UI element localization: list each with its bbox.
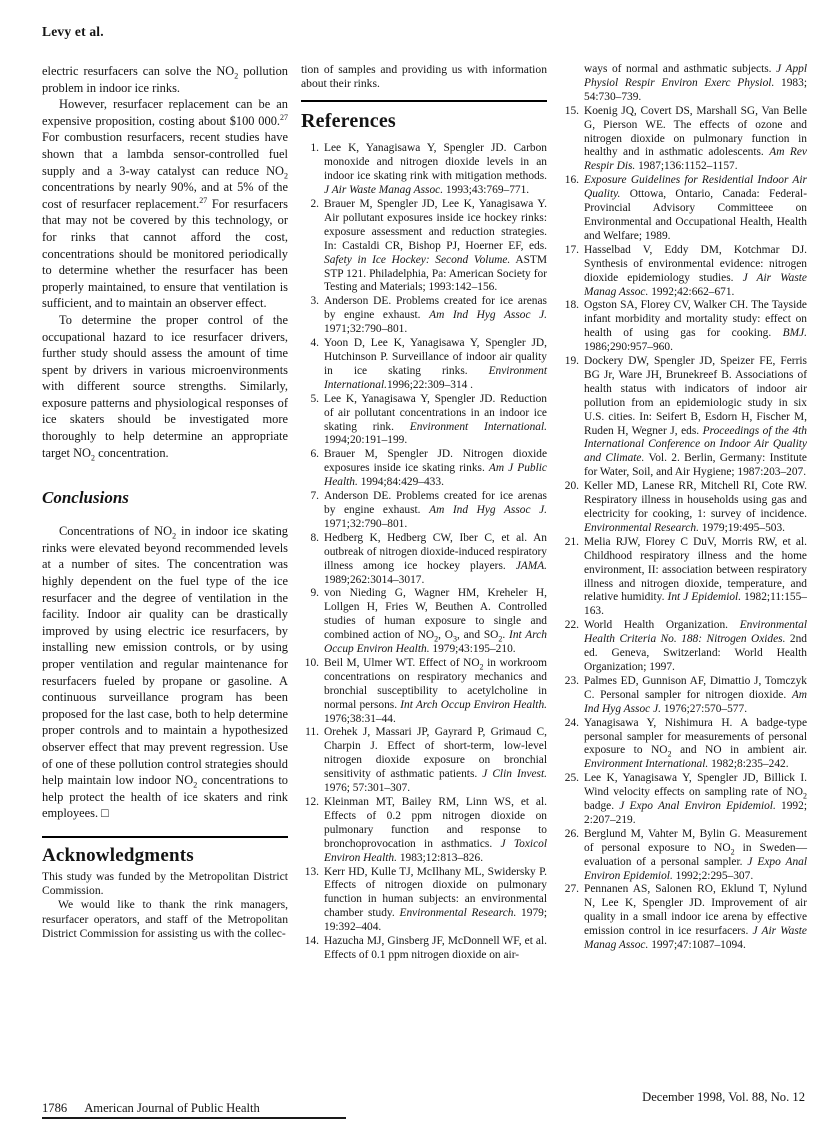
- reference-number: 18.: [561, 299, 584, 355]
- conclusions-heading: Conclusions: [42, 488, 288, 508]
- reference-number: 22.: [561, 619, 584, 675]
- page-number: 1786: [42, 1101, 67, 1115]
- reference-number: 4.: [301, 337, 324, 393]
- reference-item: 9. von Nieding G, Wagner HM, Kreheler H,…: [301, 587, 547, 657]
- reference-text: Yoon D, Lee K, Yanagisawa Y, Spengler JD…: [324, 337, 547, 393]
- reference-text: Lee K, Yanagisawa Y, Spengler JD, Billic…: [584, 772, 807, 828]
- reference-item: 12. Kleinman MT, Bailey RM, Linn WS, et …: [301, 796, 547, 866]
- reference-number: 8.: [301, 532, 324, 588]
- reference-item: 7. Anderson DE. Problems created for ice…: [301, 490, 547, 532]
- reference-item: 3. Anderson DE. Problems created for ice…: [301, 295, 547, 337]
- reference-number: 5.: [301, 393, 324, 449]
- reference-text: Pennanen AS, Salonen RO, Eklund T, Nylun…: [584, 883, 807, 953]
- reference-text: Hasselbad V, Eddy DM, Kotchmar DJ. Synth…: [584, 244, 807, 300]
- reference-text: Melia RJW, Florey C DuV, Morris RW, et a…: [584, 536, 807, 619]
- reference-text: Lee K, Yanagisawa Y, Spengler JD. Reduct…: [324, 393, 547, 449]
- reference-text: Anderson DE. Problems created for ice ar…: [324, 295, 547, 337]
- reference-item: 15. Koenig JQ, Covert DS, Marshall SG, V…: [561, 105, 807, 175]
- reference-item: 20. Keller MD, Lanese RR, Mitchell RI, C…: [561, 480, 807, 536]
- reference-text: Berglund M, Vahter M, Bylin G. Measureme…: [584, 828, 807, 884]
- reference-item: 26. Berglund M, Vahter M, Bylin G. Measu…: [561, 828, 807, 884]
- reference-number: 26.: [561, 828, 584, 884]
- reference-list: 15. Koenig JQ, Covert DS, Marshall SG, V…: [561, 105, 807, 953]
- reference-number: 24.: [561, 717, 584, 773]
- reference-number: 27.: [561, 883, 584, 953]
- reference-item: 4. Yoon D, Lee K, Yanagisawa Y, Spengler…: [301, 337, 547, 393]
- reference-text: Beil M, Ulmer WT. Effect of NO2 in workr…: [324, 657, 547, 727]
- reference-number: 20.: [561, 480, 584, 536]
- reference-text: Hedberg K, Hedberg CW, Iber C, et al. An…: [324, 532, 547, 588]
- reference-text: Lee K, Yanagisawa Y, Spengler JD. Carbon…: [324, 142, 547, 198]
- footer-rule: [42, 1117, 346, 1119]
- body-paragraph: electric resurfacers can solve the NO2 p…: [42, 63, 288, 96]
- reference-text: Exposure Guidelines for Residential Indo…: [584, 174, 807, 244]
- running-head: Levy et al.: [42, 24, 104, 40]
- reference-item: 6. Brauer M, Spengler JD. Nitrogen dioxi…: [301, 448, 547, 490]
- reference-list: 1. Lee K, Yanagisawa Y, Spengler JD. Car…: [301, 142, 547, 962]
- footer-left: 1786American Journal of Public Health: [42, 1101, 260, 1116]
- reference-number: 25.: [561, 772, 584, 828]
- reference-text: Hazucha MJ, Ginsberg JF, McDonnell WF, e…: [324, 935, 547, 963]
- column-1: electric resurfacers can solve the NO2 p…: [42, 63, 288, 941]
- acknowledgments-heading: Acknowledgments: [42, 845, 288, 867]
- reference-text: Yanagisawa Y, Nishimura H. A badge-type …: [584, 717, 807, 773]
- reference-text: World Health Organization. Environmental…: [584, 619, 807, 675]
- body-paragraph: To determine the proper control of the o…: [42, 312, 288, 461]
- reference-number: 6.: [301, 448, 324, 490]
- journal-name: American Journal of Public Health: [84, 1101, 260, 1115]
- reference-number: 3.: [301, 295, 324, 337]
- reference-number: 9.: [301, 587, 324, 657]
- acknowledgments-continuation: tion of samples and providing us with in…: [301, 63, 547, 91]
- column-2: tion of samples and providing us with in…: [301, 63, 547, 963]
- reference-item: 23. Palmes ED, Gunnison AF, Dimattio J, …: [561, 675, 807, 717]
- reference-text: Koenig JQ, Covert DS, Marshall SG, Van B…: [584, 105, 807, 175]
- reference-number: 17.: [561, 244, 584, 300]
- reference-item: 19. Dockery DW, Spengler JD, Speizer FE,…: [561, 355, 807, 480]
- reference-number: 7.: [301, 490, 324, 532]
- reference-item: 17. Hasselbad V, Eddy DM, Kotchmar DJ. S…: [561, 244, 807, 300]
- reference-number: 11.: [301, 726, 324, 796]
- reference-text: Orehek J, Massari JP, Gayrard P, Grimaud…: [324, 726, 547, 796]
- reference-number: 16.: [561, 174, 584, 244]
- acknowledgments-paragraph: This study was funded by the Metropolita…: [42, 870, 288, 898]
- reference-item: 1. Lee K, Yanagisawa Y, Spengler JD. Car…: [301, 142, 547, 198]
- reference-item: 16. Exposure Guidelines for Residential …: [561, 174, 807, 244]
- reference-item: 11. Orehek J, Massari JP, Gayrard P, Gri…: [301, 726, 547, 796]
- reference-item: 10. Beil M, Ulmer WT. Effect of NO2 in w…: [301, 657, 547, 727]
- body-paragraph: However, resurfacer replacement can be a…: [42, 96, 288, 312]
- reference-item: 21. Melia RJW, Florey C DuV, Morris RW, …: [561, 536, 807, 619]
- section-divider: [301, 100, 547, 102]
- column-3: ways of normal and asthmatic subjects. J…: [561, 63, 807, 953]
- reference-text: Anderson DE. Problems created for ice ar…: [324, 490, 547, 532]
- reference-item: 8. Hedberg K, Hedberg CW, Iber C, et al.…: [301, 532, 547, 588]
- reference-item: 25. Lee K, Yanagisawa Y, Spengler JD, Bi…: [561, 772, 807, 828]
- reference-item: 22. World Health Organization. Environme…: [561, 619, 807, 675]
- reference-number: 1.: [301, 142, 324, 198]
- reference-number: 10.: [301, 657, 324, 727]
- footer-issue-info: December 1998, Vol. 88, No. 12: [642, 1090, 805, 1105]
- reference-number: 12.: [301, 796, 324, 866]
- acknowledgments-paragraph: We would like to thank the rink managers…: [42, 898, 288, 941]
- reference-text: Keller MD, Lanese RR, Mitchell RI, Cote …: [584, 480, 807, 536]
- reference-number: 15.: [561, 105, 584, 175]
- reference-text: Kleinman MT, Bailey RM, Linn WS, et al. …: [324, 796, 547, 866]
- reference-continuation: ways of normal and asthmatic subjects. J…: [561, 63, 807, 105]
- reference-item: 13. Kerr HD, Kulle TJ, McIlhany ML, Swid…: [301, 866, 547, 936]
- reference-item: 2. Brauer M, Spengler JD, Lee K, Yanagis…: [301, 198, 547, 295]
- reference-number: 13.: [301, 866, 324, 936]
- reference-text: Brauer M, Spengler JD, Lee K, Yanagisawa…: [324, 198, 547, 295]
- reference-text: Palmes ED, Gunnison AF, Dimattio J, Tomc…: [584, 675, 807, 717]
- section-divider: [42, 836, 288, 838]
- reference-number: 23.: [561, 675, 584, 717]
- reference-text: Ogston SA, Florey CV, Walker CH. The Tay…: [584, 299, 807, 355]
- reference-text: Kerr HD, Kulle TJ, McIlhany ML, Swidersk…: [324, 866, 547, 936]
- reference-item: 18. Ogston SA, Florey CV, Walker CH. The…: [561, 299, 807, 355]
- reference-number: 21.: [561, 536, 584, 619]
- reference-text: Brauer M, Spengler JD. Nitrogen dioxide …: [324, 448, 547, 490]
- reference-item: 27. Pennanen AS, Salonen RO, Eklund T, N…: [561, 883, 807, 953]
- reference-number: 14.: [301, 935, 324, 963]
- reference-number: 2.: [301, 198, 324, 295]
- references-heading: References: [301, 110, 547, 133]
- conclusions-paragraph: Concentrations of NO2 in indoor ice skat…: [42, 523, 288, 822]
- reference-item: 14. Hazucha MJ, Ginsberg JF, McDonnell W…: [301, 935, 547, 963]
- reference-number: 19.: [561, 355, 584, 480]
- reference-item: 5. Lee K, Yanagisawa Y, Spengler JD. Red…: [301, 393, 547, 449]
- reference-text: Dockery DW, Spengler JD, Speizer FE, Fer…: [584, 355, 807, 480]
- reference-item: 24. Yanagisawa Y, Nishimura H. A badge-t…: [561, 717, 807, 773]
- reference-text: von Nieding G, Wagner HM, Kreheler H, Lo…: [324, 587, 547, 657]
